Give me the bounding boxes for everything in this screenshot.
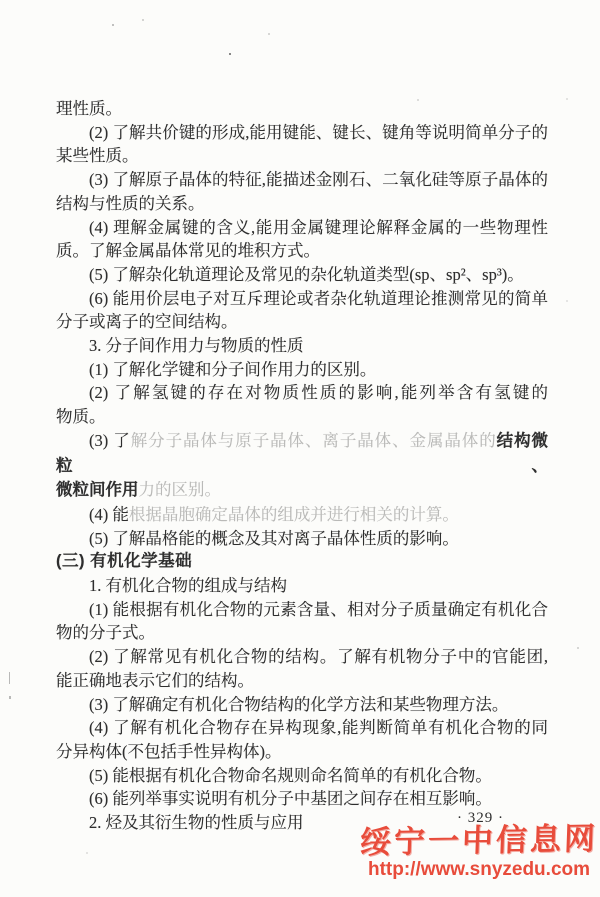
text-line: (2) 了解常见有机化合物的结构。了解有机物分子中的官能团, [56,645,548,669]
text-segment: (2) 了解氢键的存在对物质性质的影响,能列举含有氢键的 [89,383,548,402]
text-segment: (3) 了解原子晶体的特征,能描述金刚石、二氧化硅等原子晶体的 [89,170,548,189]
text-segment: (5) 能根据有机化合物命名规则命名简单的有机化合物。 [89,766,492,785]
scan-edge-artifact [9,672,10,684]
text-line: (4) 了解有机化合物存在异构现象,能判断简单有机化合物的同 [56,716,548,740]
text-line: (5) 了解晶格能的概念及其对离子晶体性质的影响。 [56,527,548,551]
text-segment: 解分子晶体与原子晶体、离子晶体、金属晶体的 [131,431,497,450]
scan-noise-speckles [0,0,2,2]
text-segment: 理性质。 [56,99,122,118]
text-segment: 某些性质。 [56,146,139,165]
text-segment: (6) 能用价层电子对互斥理论或者杂化轨道理论推测常见的简单 [89,289,548,308]
text-segment: (三) 有机化学基础 [56,552,192,570]
text-segment: (4) 能 [89,505,129,524]
text-segment: 分异构体(不包括手性异构体)。 [56,742,282,761]
text-segment: (1) 了解化学键和分子间作用力的区别。 [89,360,376,379]
text-segment: (4) 理解金属键的含义,能用金属键理论解释金属的一些物理性 [89,218,548,237]
text-line: (2) 了解共价键的形成,能用键能、键长、键角等说明简单分子的 [56,121,548,145]
text-line: (1) 能根据有机化合物的元素含量、相对分子质量确定有机化合 [56,598,548,622]
text-line: (3) 了解原子晶体的特征,能描述金刚石、二氧化硅等原子晶体的 [56,168,548,192]
text-segment: 物质。 [56,407,106,426]
text-segment: (3) 了 [89,431,131,450]
text-segment: (5) 了解晶格能的概念及其对离子晶体性质的影响。 [89,529,459,548]
text-segment: (2) 了解共价键的形成,能用键能、键长、键角等说明简单分子的 [89,123,548,142]
text-segment: 分子或离子的空间结构。 [56,312,238,331]
text-line: 物的分子式。 [56,621,548,645]
text-line: 质。了解金属晶体常见的堆积方式。 [56,239,548,263]
text-segment: (1) 能根据有机化合物的元素含量、相对分子质量确定有机化合 [89,600,548,619]
section-heading: (三) 有机化学基础 [56,550,548,574]
text-segment: (5) 了解杂化轨道理论及常见的杂化轨道类型(sp、sp²、sp³)。 [89,265,524,284]
text-line: 某些性质。 [56,144,548,168]
text-line: 能正确地表示它们的结构。 [56,669,548,693]
text-line: (6) 能用价层电子对互斥理论或者杂化轨道理论推测常见的简单 [56,287,548,311]
watermark-site-name: 绥宁一中信息网 [359,824,598,859]
watermark-site-url: http://www.snyzedu.com [360,860,598,879]
text-line: (3) 了解确定有机化合物结构的化学方法和某些物理方法。 [56,693,548,717]
text-segment: 能正确地表示它们的结构。 [56,671,254,690]
text-line: 1. 有机化合物的组成与结构 [56,574,548,598]
text-segment: 结构与性质的关系。 [56,194,205,213]
text-segment: (3) 了解确定有机化合物结构的化学方法和某些物理方法。 [89,695,508,714]
scan-edge-artifact [9,696,11,699]
text-segment: (6) 能列举事实说明有机分子中基团之间存在相互影响。 [89,789,492,808]
text-line: 分异构体(不包括手性异构体)。 [56,740,548,764]
text-line: (4) 能根据晶胞确定晶体的组成并进行相关的计算。 [56,503,548,527]
text-segment: (4) 了解有机化合物存在异构现象,能判断简单有机化合物的同 [89,718,548,737]
text-line: (5) 能根据有机化合物命名规则命名简单的有机化合物。 [56,764,548,788]
text-line: (4) 理解金属键的含义,能用金属键理论解释金属的一些物理性 [56,216,548,240]
text-line: (2) 了解氢键的存在对物质性质的影响,能列举含有氢键的 [56,381,548,405]
text-line: 微粒间作用力的区别。 [56,478,548,503]
text-line: 3. 分子间作用力与物质的性质 [56,334,548,358]
text-segment: 3. 分子间作用力与物质的性质 [89,336,304,355]
text-line: 物质。 [56,405,548,429]
text-segment: 物的分子式。 [56,623,155,642]
text-line: (5) 了解杂化轨道理论及常见的杂化轨道类型(sp、sp²、sp³)。 [56,263,548,287]
text-segment: 质。了解金属晶体常见的堆积方式。 [56,241,320,260]
text-segment: 微粒间作用 [56,481,139,499]
watermark: 绥宁一中信息网 http://www.snyzedu.com [360,826,598,879]
text-line: (3) 了解分子晶体与原子晶体、离子晶体、金属晶体的结构微粒、 [56,429,548,478]
document-text-block: 理性质。(2) 了解共价键的形成,能用键能、键长、键角等说明简单分子的某些性质。… [56,97,548,835]
text-segment: 力的区别。 [139,480,222,499]
text-segment: (2) 了解常见有机化合物的结构。了解有机物分子中的官能团, [89,647,548,666]
text-line: (6) 能列举事实说明有机分子中基团之间存在相互影响。 [56,787,548,811]
text-line: 理性质。 [56,97,548,121]
scanned-book-page: 理性质。(2) 了解共价键的形成,能用键能、键长、键角等说明简单分子的某些性质。… [0,0,600,897]
text-segment: 2. 烃及其衍生物的性质与应用 [89,813,304,832]
text-line: 结构与性质的关系。 [56,192,548,216]
text-line: (1) 了解化学键和分子间作用力的区别。 [56,358,548,382]
text-segment: 根据晶胞确定晶体的组成并进行相关的计算。 [129,505,459,524]
text-line: 分子或离子的空间结构。 [56,310,548,334]
text-segment: 1. 有机化合物的组成与结构 [89,576,287,595]
